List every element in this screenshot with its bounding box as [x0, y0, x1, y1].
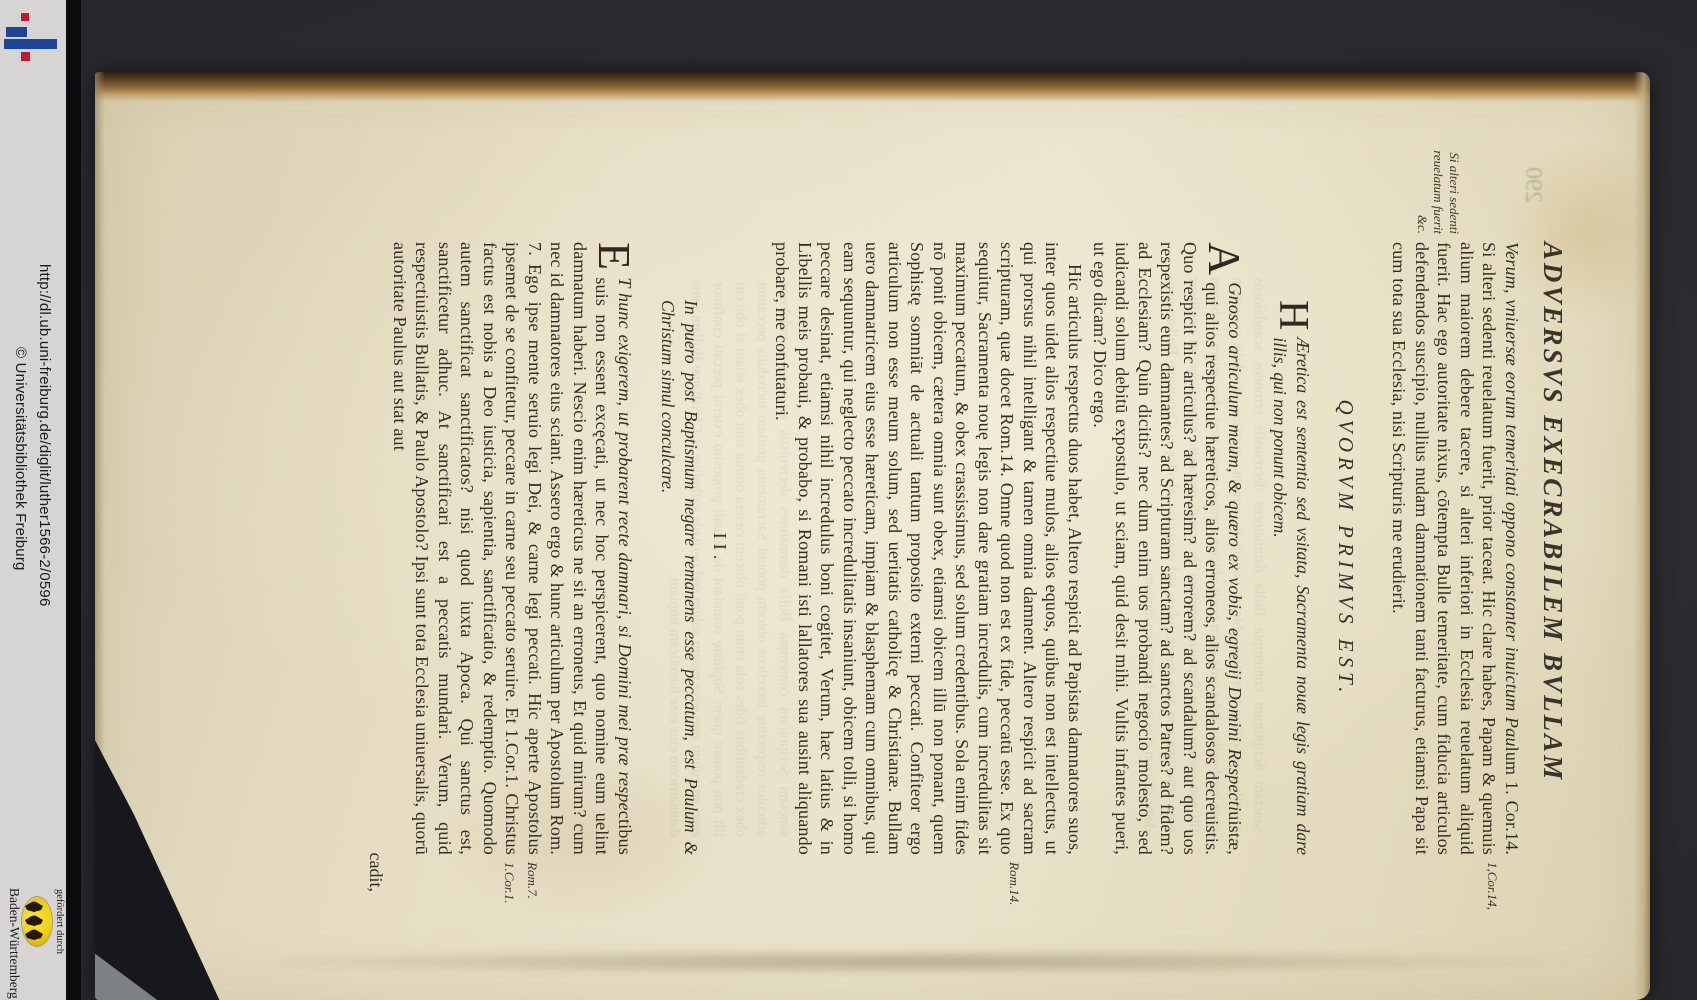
margin-note-rom7: Rom.7.	[524, 862, 540, 982]
document-url-label: http://dl.ub.uni-freiburg.de/diglit/luth…	[36, 264, 53, 607]
paragraph-intro-lead: Verum, vniuersæ eorum temeritati oppono …	[1502, 242, 1522, 747]
paragraph-et-hunc: ET hunc exigerem, ut probarent recte dam…	[389, 242, 637, 855]
margin-note-left: Si alteri sedenti reuelatum fuerit &c.	[1414, 128, 1462, 234]
section-heading-primus: QVORVM PRIMVS EST.	[1333, 242, 1358, 855]
viewer-toolbar: http://dl.ub.uni-freiburg.de/diglit/luth…	[0, 0, 66, 1000]
diglit-logo-icon	[0, 0, 66, 70]
coat-of-arms-icon	[22, 897, 52, 946]
margin-note-rom14: Rom.14.	[1006, 862, 1022, 982]
paragraph-agnosco: AGnosco articulum meum, & quæro ex vobis…	[1089, 242, 1247, 855]
margin-note-1cor14: 1,Cor.14,	[1484, 862, 1500, 982]
drop-cap-h: H	[1274, 300, 1314, 337]
paragraph-et-hunc-lead: T hunc exigerem, ut probarent recte damn…	[615, 277, 635, 810]
copyright-label: © Universitätsbibliothek Freiburg	[12, 347, 29, 571]
paragraph-intro: Verum, vniuersæ eorum temeritati oppono …	[1388, 242, 1523, 855]
funding-region-label: Baden-Württemberg	[6, 888, 22, 999]
article-quote-1-text: Æretica est sententia sed vsitata, Sacra…	[1271, 337, 1314, 855]
paragraph-hic-articulus: Hic articulus respectus duos habet, Alte…	[771, 242, 1086, 855]
printed-page: 290 sanctam Scripturam contempta Bulla d…	[95, 72, 1650, 1000]
article-quote-1: HÆretica est sententia sed vsitata, Sacr…	[1269, 300, 1314, 855]
drop-cap-a: A	[1204, 242, 1246, 282]
margin-note-1cor1: 1.Cor.1.	[501, 862, 517, 982]
running-head: ADVERSVS EXECRABILEM BVLLAM	[1537, 202, 1568, 822]
paragraph-agnosco-lead: Gnosco articulum meum, & quæro ex vobis,…	[1225, 282, 1245, 811]
article-quote-2: In puero post Baptismum negare remanens …	[657, 300, 702, 855]
catchword: cadit,	[365, 242, 386, 892]
page-photo[interactable]: 290 sanctam Scripturam contempta Bulla d…	[95, 72, 1650, 1000]
paragraph-et-hunc-rest: ctibus suis non essent excęcati, ut nec …	[390, 242, 635, 855]
toolbar-divider	[66, 0, 81, 1000]
show-through-page-number: 290	[1519, 167, 1546, 203]
section-heading-ii: II.	[709, 242, 730, 855]
scan-area[interactable]: 290 sanctam Scripturam contempta Bulla d…	[81, 0, 1697, 1000]
funding-note-label: gefördert durch	[54, 889, 65, 954]
drop-cap-e: E	[594, 242, 636, 277]
paragraph-agnosco-rest: uistæ, qui alios respectiue hæreticos, a…	[1090, 242, 1245, 855]
